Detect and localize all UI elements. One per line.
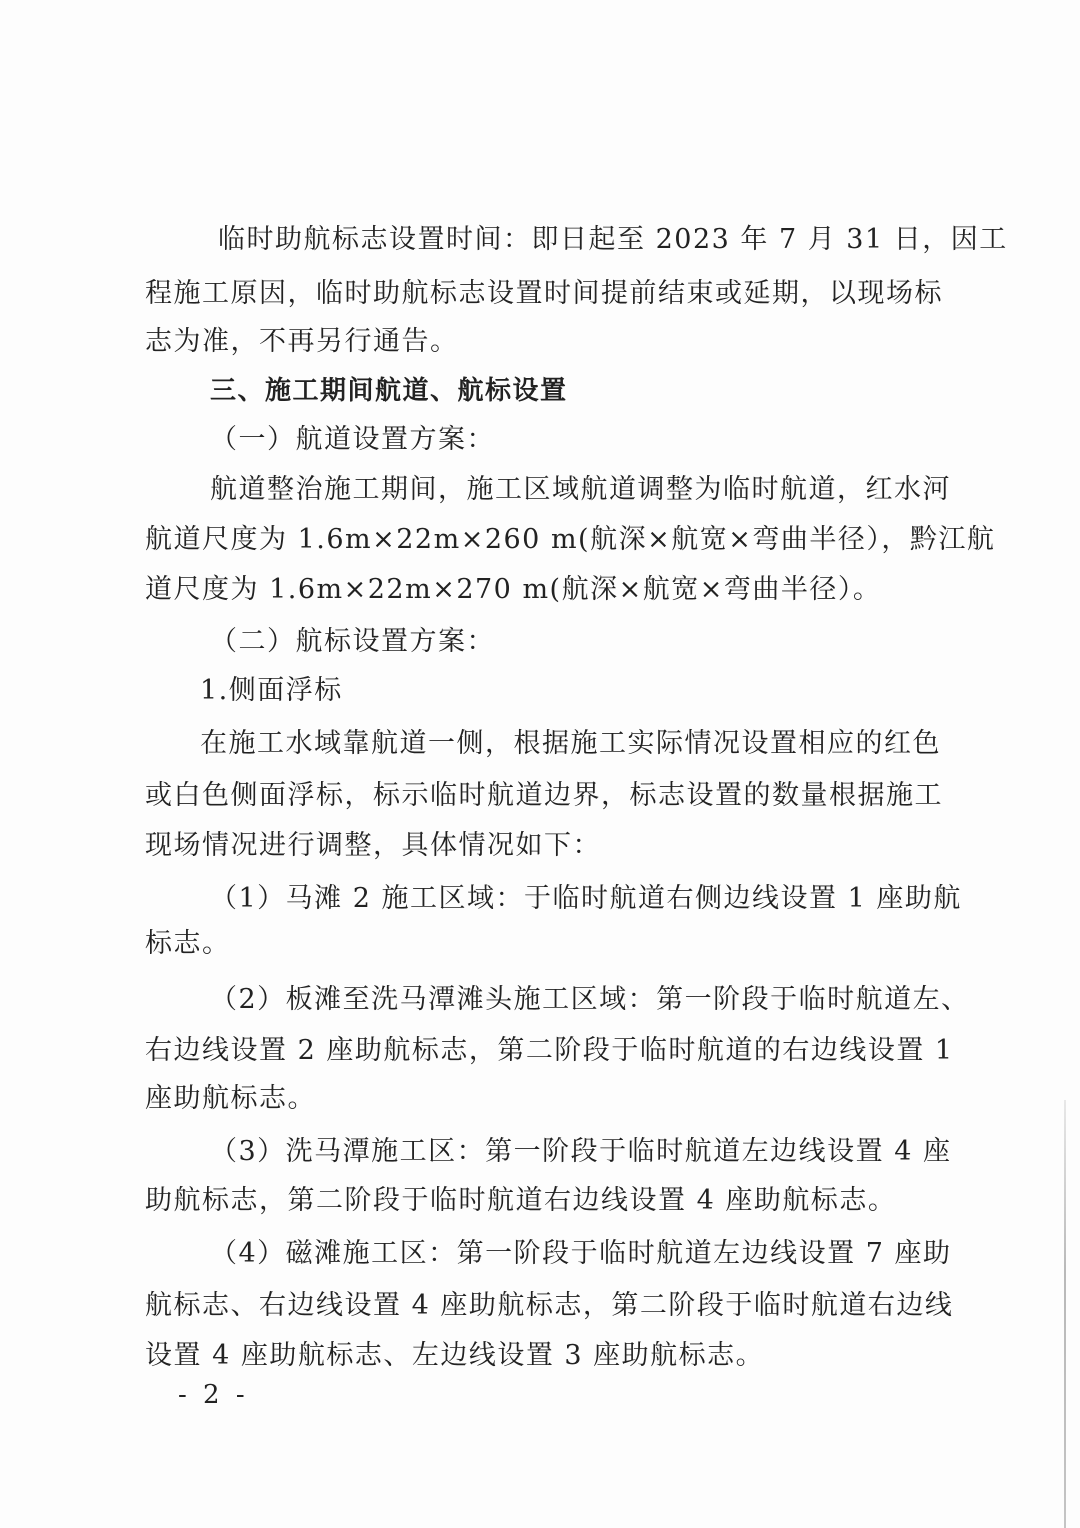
paragraph-line: 志为准，不再另行通告。 xyxy=(145,326,945,358)
subsection-heading: （二）航标设置方案： xyxy=(210,626,1010,658)
list-item-line: （2）板滩至洗马潭滩头施工区域：第一阶段于临时航道左、 xyxy=(210,984,1010,1016)
paragraph-line: 程施工原因，临时助航标志设置时间提前结束或延期，以现场标 xyxy=(145,278,945,310)
page-number: - 2 - xyxy=(178,1380,249,1410)
list-item-line: 航标志、右边线设置 4 座助航标志，第二阶段于临时航道右边线 xyxy=(145,1290,945,1322)
list-item-line: （1）马滩 2 施工区域：于临时航道右侧边线设置 1 座助航 xyxy=(210,883,1010,915)
paragraph-line: 临时助航标志设置时间：即日起至 2023 年 7 月 31 日，因工 xyxy=(218,224,1018,256)
list-item-line: 座助航标志。 xyxy=(145,1083,945,1115)
paragraph-line: 现场情况进行调整，具体情况如下： xyxy=(145,830,945,862)
list-item-line: （4）磁滩施工区：第一阶段于临时航道左边线设置 7 座助 xyxy=(210,1238,1010,1270)
list-item-line: 助航标志，第二阶段于临时航道右边线设置 4 座助航标志。 xyxy=(145,1185,945,1217)
subsection-heading: （一）航道设置方案： xyxy=(210,424,1010,456)
item-heading: 1.侧面浮标 xyxy=(200,675,1000,707)
list-item-line: 设置 4 座助航标志、左边线设置 3 座助航标志。 xyxy=(145,1340,945,1372)
scan-artifact-line xyxy=(1064,1100,1066,1528)
paragraph-line: 航道整治施工期间，施工区域航道调整为临时航道，红水河 xyxy=(210,474,1010,506)
paragraph-line: 在施工水域靠航道一侧，根据施工实际情况设置相应的红色 xyxy=(200,728,1000,760)
paragraph-line: 道尺度为 1.6m×22m×270 m(航深×航宽×弯曲半径）。 xyxy=(145,574,945,606)
list-item-line: 标志。 xyxy=(145,928,945,960)
section-heading: 三、施工期间航道、航标设置 xyxy=(210,375,1010,407)
list-item-line: 右边线设置 2 座助航标志，第二阶段于临时航道的右边线设置 1 xyxy=(145,1035,945,1067)
list-item-line: （3）洗马潭施工区：第一阶段于临时航道左边线设置 4 座 xyxy=(210,1136,1010,1168)
paragraph-line: 或白色侧面浮标，标示临时航道边界，标志设置的数量根据施工 xyxy=(145,780,945,812)
paragraph-line: 航道尺度为 1.6m×22m×260 m(航深×航宽×弯曲半径），黔江航 xyxy=(145,524,945,556)
